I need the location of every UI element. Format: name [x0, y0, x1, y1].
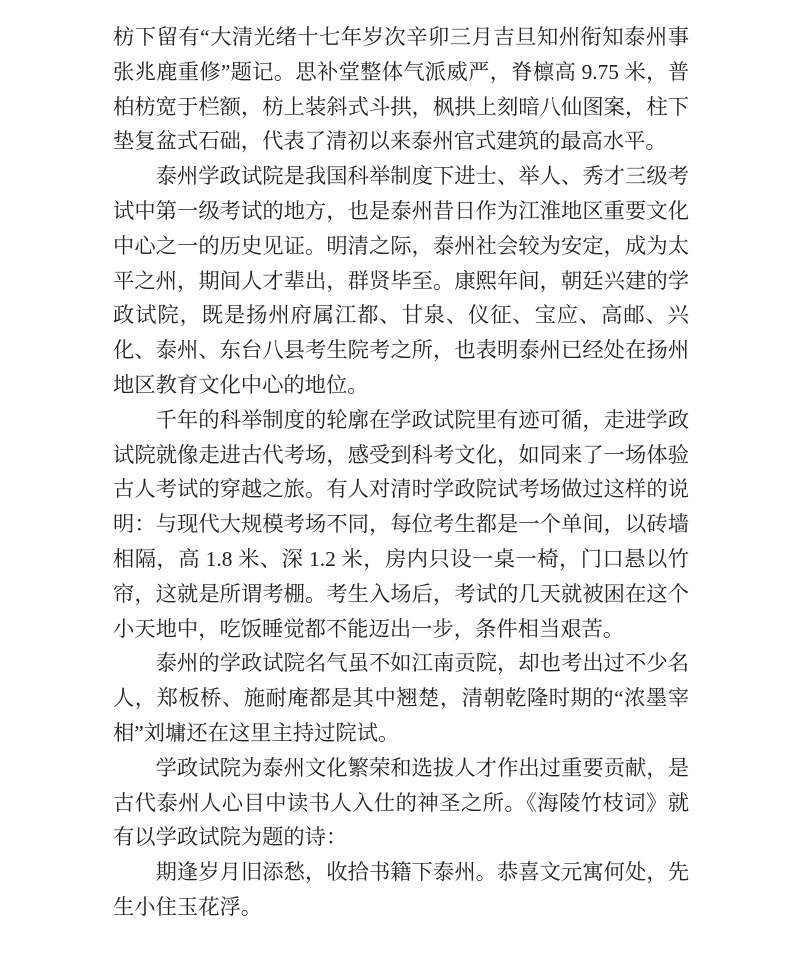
- paragraph-3: 千年的科举制度的轮廓在学政试院里有迹可循，走进学政试院就像走进古代考场，感受到科…: [113, 403, 689, 647]
- paragraph-1: 枋下留有“大清光绪十七年岁次辛卯三月吉旦知州衔知泰州事张兆鹿重修”题记。思补堂整…: [113, 20, 689, 159]
- paragraph-4: 泰州的学政试院名气虽不如江南贡院，却也考出过不少名人，郑板桥、施耐庵都是其中翘楚…: [113, 646, 689, 750]
- paragraph-5: 学政试院为泰州文化繁荣和选拔人才作出过重要贡献，是古代泰州人心目中读书人入仕的神…: [113, 751, 689, 855]
- text-body: 枋下留有“大清光绪十七年岁次辛卯三月吉旦知州衔知泰州事张兆鹿重修”题记。思补堂整…: [113, 20, 689, 925]
- paragraph-6: 期逢岁月旧添愁，收拾书籍下泰州。恭喜文元寓何处，先生小住玉花浮。: [113, 855, 689, 925]
- document-page: 枋下留有“大清光绪十七年岁次辛卯三月吉旦知州衔知泰州事张兆鹿重修”题记。思补堂整…: [0, 0, 800, 968]
- paragraph-2: 泰州学政试院是我国科举制度下进士、举人、秀才三级考试中第一级考试的地方，也是泰州…: [113, 159, 689, 403]
